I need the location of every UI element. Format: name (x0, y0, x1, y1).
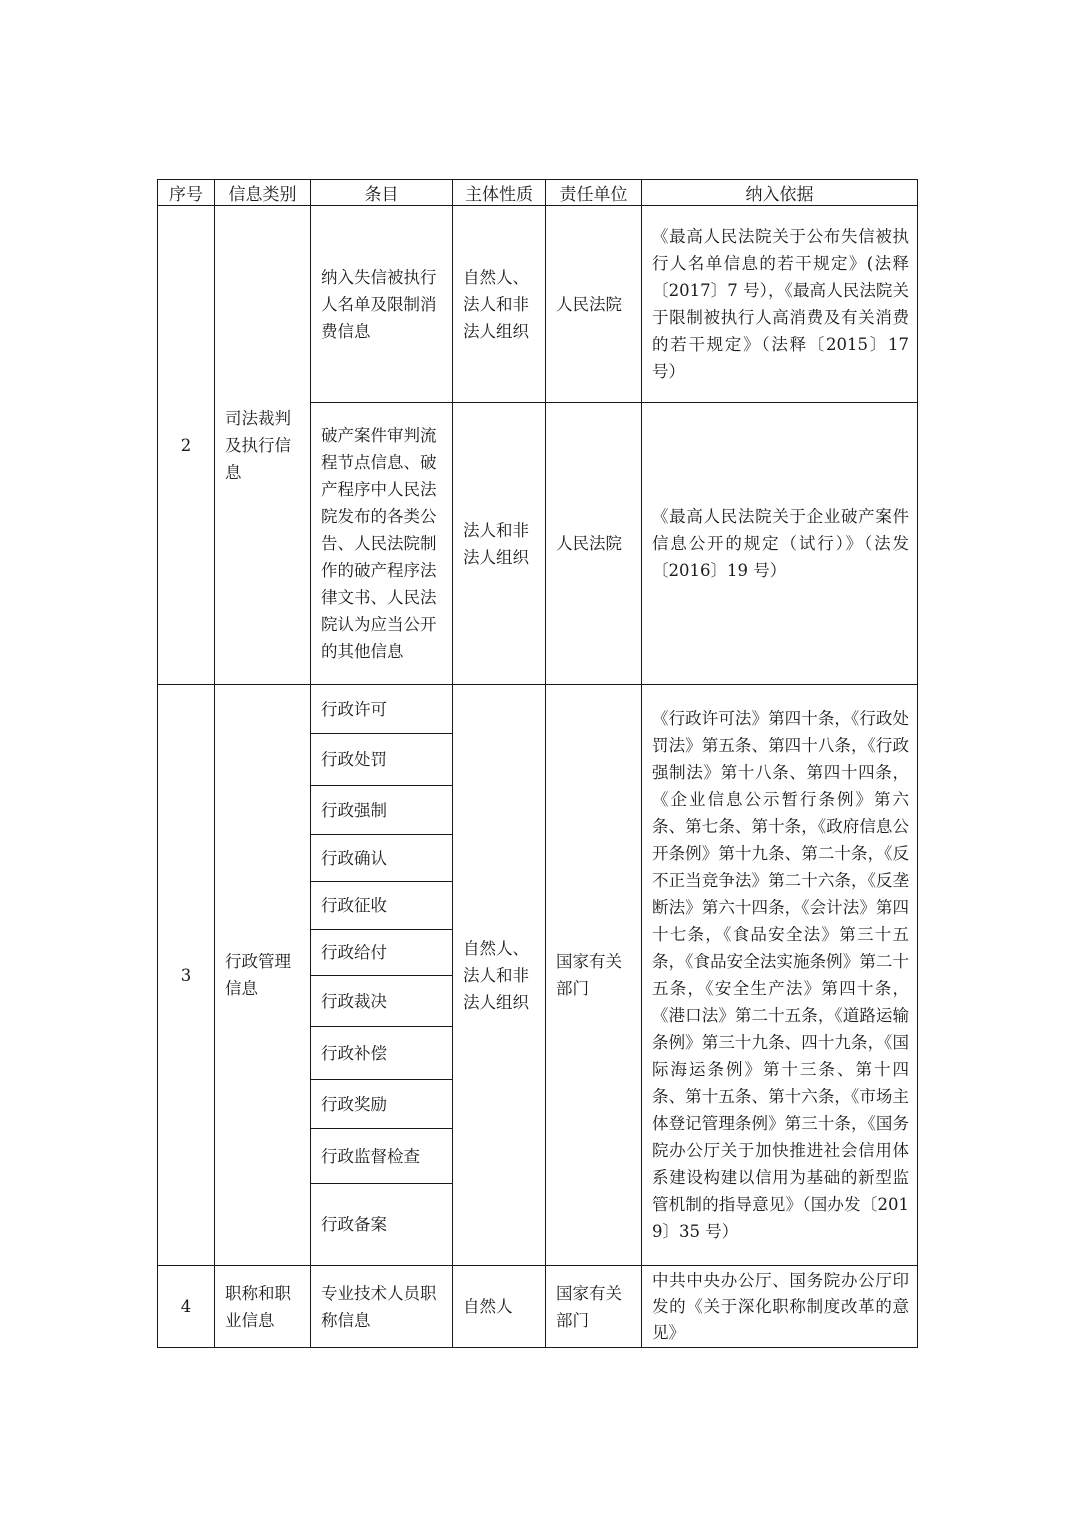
row3-item: 行政确认 (310, 834, 453, 882)
item-text: 纳入失信被执行人名单及限制消费信息 (311, 264, 452, 345)
header-no-label: 序号 (169, 180, 203, 205)
row-number: 2 (158, 432, 214, 459)
item-text: 破产案件审判流程节点信息、破产程序中人民法院发布的各类公告、人民法院制作的破产程… (311, 422, 452, 665)
row3-item: 行政备案 (310, 1183, 453, 1266)
basis-text: 《最高人民法院关于公布失信被执行人名单信息的若干规定》(法释〔2017〕7 号）… (642, 223, 917, 385)
row2-item2: 破产案件审判流程节点信息、破产程序中人民法院发布的各类公告、人民法院制作的破产程… (310, 402, 453, 685)
subject-text: 自然人 (453, 1293, 545, 1320)
row-number: 3 (158, 962, 214, 989)
row3-item: 行政强制 (310, 785, 453, 835)
header-unit: 责任单位 (545, 179, 642, 206)
unit-text: 国家有关部门 (546, 1280, 641, 1334)
subject-text: 自然人、法人和非法人组织 (453, 264, 545, 345)
subject-text: 法人和非法人组织 (453, 517, 545, 571)
item-text: 行政许可 (311, 696, 452, 723)
item-text: 行政确认 (311, 845, 452, 872)
category-text: 职称和职业信息 (215, 1280, 310, 1334)
row2-subject2: 法人和非法人组织 (452, 402, 546, 685)
row3-item: 行政给付 (310, 929, 453, 976)
unit-text: 人民法院 (546, 530, 641, 557)
row3-item: 行政监督检查 (310, 1128, 453, 1184)
item-text: 专业技术人员职称信息 (311, 1280, 452, 1334)
item-text: 行政给付 (311, 939, 452, 966)
row3-category: 行政管理信息 (214, 684, 311, 1266)
row3-unit: 国家有关部门 (545, 684, 642, 1266)
row3-item: 行政征收 (310, 881, 453, 930)
document-page: 序号 信息类别 条目 主体性质 责任单位 纳入依据 2 司法裁判及执行信息 纳入… (0, 0, 1074, 1520)
row3-subject: 自然人、法人和非法人组织 (452, 684, 546, 1266)
row3-no: 3 (157, 684, 215, 1266)
row4-no: 4 (157, 1265, 215, 1348)
row2-unit1: 人民法院 (545, 205, 642, 403)
header-no: 序号 (157, 179, 215, 206)
header-basis-label: 纳入依据 (746, 180, 814, 205)
item-text: 行政强制 (311, 797, 452, 824)
item-text: 行政征收 (311, 892, 452, 919)
header-item: 条目 (310, 179, 453, 206)
row3-item: 行政处罚 (310, 733, 453, 786)
header-unit-label: 责任单位 (560, 180, 628, 205)
row4-subject: 自然人 (452, 1265, 546, 1348)
item-text: 行政奖励 (311, 1091, 452, 1118)
row2-subject1: 自然人、法人和非法人组织 (452, 205, 546, 403)
item-text: 行政补偿 (311, 1040, 452, 1067)
item-text: 行政监督检查 (311, 1143, 452, 1170)
category-text: 司法裁判及执行信息 (215, 405, 310, 486)
unit-text: 国家有关部门 (546, 948, 641, 1002)
row2-basis2: 《最高人民法院关于企业破产案件信息公开的规定（试行）》（法发〔2016〕19 号… (641, 402, 918, 685)
row3-item: 行政许可 (310, 684, 453, 734)
row4-item: 专业技术人员职称信息 (310, 1265, 453, 1348)
row3-item: 行政补偿 (310, 1026, 453, 1080)
row2-no: 2 (157, 205, 215, 685)
row3-item: 行政奖励 (310, 1079, 453, 1129)
row2-basis1: 《最高人民法院关于公布失信被执行人名单信息的若干规定》(法释〔2017〕7 号）… (641, 205, 918, 403)
row2-unit2: 人民法院 (545, 402, 642, 685)
row2-item1: 纳入失信被执行人名单及限制消费信息 (310, 205, 453, 403)
basis-text: 中共中央办公厅、国务院办公厅印发的《关于深化职称制度改革的意见》 (642, 1268, 917, 1346)
row4-unit: 国家有关部门 (545, 1265, 642, 1348)
row3-item: 行政裁决 (310, 975, 453, 1027)
subject-text: 自然人、法人和非法人组织 (453, 935, 545, 1016)
basis-text: 《最高人民法院关于企业破产案件信息公开的规定（试行）》（法发〔2016〕19 号… (642, 503, 917, 584)
header-category: 信息类别 (214, 179, 311, 206)
row3-basis: 《行政许可法》第四十条，《行政处罚法》第五条、第四十八条，《行政强制法》第十八条… (641, 684, 918, 1266)
row4-basis: 中共中央办公厅、国务院办公厅印发的《关于深化职称制度改革的意见》 (641, 1265, 918, 1348)
item-text: 行政裁决 (311, 988, 452, 1015)
unit-text: 人民法院 (546, 291, 641, 318)
row2-category: 司法裁判及执行信息 (214, 205, 311, 685)
item-text: 行政处罚 (311, 746, 452, 773)
header-category-label: 信息类别 (229, 180, 297, 205)
header-subject-label: 主体性质 (465, 180, 533, 205)
header-subject: 主体性质 (452, 179, 546, 206)
header-item-label: 条目 (365, 180, 399, 205)
row4-category: 职称和职业信息 (214, 1265, 311, 1348)
row-number: 4 (158, 1293, 214, 1320)
basis-text: 《行政许可法》第四十条，《行政处罚法》第五条、第四十八条，《行政强制法》第十八条… (642, 705, 917, 1245)
category-text: 行政管理信息 (215, 948, 310, 1002)
item-text: 行政备案 (311, 1211, 452, 1238)
header-basis: 纳入依据 (641, 179, 918, 206)
